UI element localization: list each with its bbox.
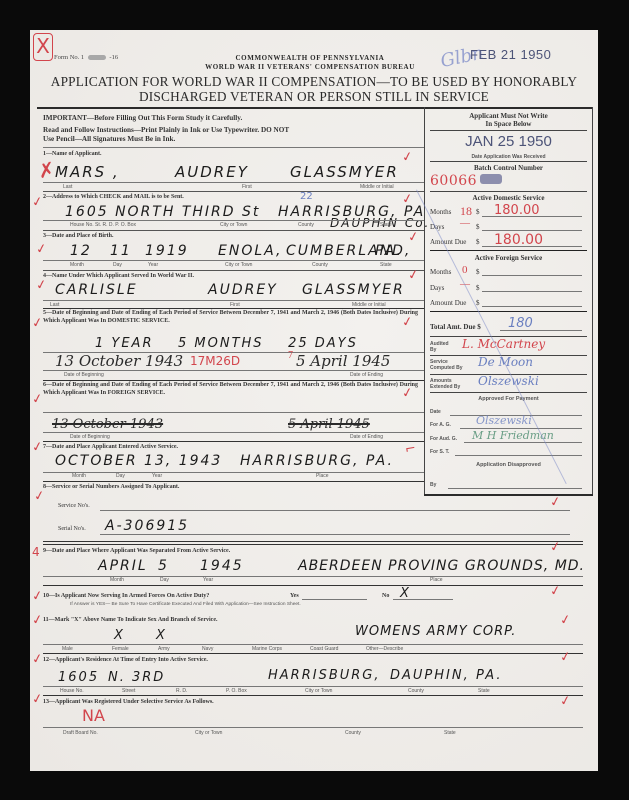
dollar-sign: $ <box>476 208 480 216</box>
checkmark-icon: ✓ <box>559 649 572 666</box>
foreign-months-value: 0 <box>462 264 468 276</box>
total-amount-value: 180 <box>508 316 533 331</box>
received-stamp: JAN 25 1950 <box>425 133 592 150</box>
field-line <box>482 275 582 276</box>
foreign-months-label: Months <box>430 268 451 276</box>
form-number: Form No. 1 -16 <box>54 54 118 61</box>
item-13-label: 13—Applicant Was Registered Under Select… <box>43 699 214 705</box>
checkmark-icon: ✓ <box>35 241 48 258</box>
sublabel-place: Place <box>430 577 443 583</box>
served-last-name: CARLISLE <box>55 282 138 298</box>
field-line <box>482 306 582 307</box>
residence-county: DAUPHIN, <box>390 668 470 683</box>
sublabel-year: Year <box>152 473 162 479</box>
other-branch-value: WOMENS ARMY CORP. <box>355 624 516 639</box>
audited-signature: L. McCartney <box>462 337 545 351</box>
applicant-first-name: AUDREY <box>175 163 249 181</box>
divider <box>43 191 424 192</box>
option-army[interactable]: Army <box>158 646 170 652</box>
sublabel-street: Street <box>122 688 135 694</box>
sublabel-year: Year <box>148 262 158 268</box>
checkmark-icon: ✓ <box>35 277 48 294</box>
separated-day: 5 <box>158 558 169 574</box>
divider <box>430 161 587 162</box>
item-3-label: 3—Date and Place of Birth. <box>43 233 114 239</box>
sublabel-state: State <box>380 262 392 268</box>
address-street: 1605 NORTH THIRD St <box>65 204 260 220</box>
option-female[interactable]: Female <box>112 646 129 652</box>
item-8-label: 8—Service or Serial Numbers Assigned To … <box>43 484 179 490</box>
dollar-sign: $ <box>476 284 480 292</box>
audited-by-label: Audited By <box>430 341 455 353</box>
computed-by-label: Service Computed By <box>430 359 465 371</box>
end-date-correction: 7 <box>288 350 293 361</box>
checkmark-icon: ✓ <box>559 693 572 710</box>
sublabel-city: City or Town <box>195 730 222 736</box>
sublabel-middle: Middle or Initial <box>360 184 394 190</box>
field-line <box>482 230 582 231</box>
separated-month: APRIL <box>98 558 148 574</box>
field-line <box>43 370 424 371</box>
field-line <box>43 412 424 413</box>
checkmark-icon: ✓ <box>401 385 414 402</box>
birth-state: PA. <box>375 243 403 259</box>
field-line <box>43 686 583 687</box>
total-amount-label: Total Amt. Due $ <box>430 323 481 331</box>
field-line <box>464 442 582 443</box>
corner-x-mark: X <box>33 33 53 61</box>
serial-number: A-306915 <box>105 518 189 534</box>
female-mark: X <box>114 628 125 643</box>
sublabel-county: County <box>298 222 314 228</box>
checkmark-icon: ✓ <box>549 494 562 511</box>
served-first-name: AUDREY <box>208 282 278 298</box>
checkmark-icon: ⌐ <box>404 441 417 458</box>
application-form: X Form No. 1 -16 COMMONWEALTH OF PENNSYL… <box>30 30 598 771</box>
domestic-months-label: Months <box>430 208 451 216</box>
service-no-label: Service No's. <box>58 503 90 509</box>
top-border <box>37 107 593 109</box>
checkmark-icon: ✓ <box>33 488 46 505</box>
sublabel-state: State <box>380 222 392 228</box>
entered-place: HARRISBURG, PA. <box>240 453 394 469</box>
office-use-header: Applicant Must Not Write In Space Below <box>425 112 592 128</box>
applicant-last-name: MARS , <box>55 163 120 181</box>
office-header-line-2: In Space Below <box>425 120 592 128</box>
birth-day: 11 <box>110 243 132 259</box>
residence-state: PA. <box>476 668 502 683</box>
divider <box>43 481 424 482</box>
sublabel-county: County <box>345 730 361 736</box>
approved-label: Approved For Payment <box>425 396 592 402</box>
domestic-days-value: — <box>460 218 470 229</box>
ag-signature: Olszewski <box>476 414 532 427</box>
foreign-days-label: Days <box>430 284 444 292</box>
dollar-sign: $ <box>476 223 480 231</box>
divider <box>43 308 424 309</box>
instructions-line-1: IMPORTANT—Before Filling Out This Form S… <box>43 114 242 122</box>
sublabel-day: Day <box>160 577 169 583</box>
no-line <box>393 599 453 600</box>
dollar-sign: $ <box>476 238 480 246</box>
sublabel-day: Day <box>116 473 125 479</box>
foreign-begin-struck: 13 October 1943 <box>52 417 163 432</box>
field-line <box>43 432 424 433</box>
serial-no-label: Serial No's. <box>58 526 86 532</box>
field-line <box>500 330 582 331</box>
birth-city: ENOLA, <box>218 243 282 259</box>
field-line <box>43 576 583 577</box>
sublabel-begin: Date of Beginning <box>64 372 104 378</box>
domestic-red-note: 17M26D <box>190 354 240 368</box>
panel-right-border <box>592 107 593 495</box>
option-other[interactable]: Other—Describe <box>366 646 403 652</box>
sublabel-end: Date of Ending <box>350 434 383 440</box>
residence-house-no: 1605 <box>58 670 99 685</box>
disapproved-by-label: By <box>430 482 436 488</box>
ink-smudge <box>480 174 502 184</box>
dollar-sign: $ <box>476 268 480 276</box>
divider <box>43 544 583 545</box>
yes-line <box>302 599 367 600</box>
batch-number: 60066 <box>430 173 477 189</box>
active-duty-no-label: No <box>382 593 389 599</box>
sublabel-first: First <box>242 184 252 190</box>
sublabel-state: State <box>478 688 490 694</box>
divider <box>43 653 583 654</box>
divider <box>430 311 587 312</box>
divider <box>43 230 424 231</box>
org-line-2: WORLD WAR II VETERANS' COMPENSATION BURE… <box>160 63 460 71</box>
separated-place: ABERDEEN PROVING GROUNDS, MD. <box>298 558 585 574</box>
field-line <box>482 291 582 292</box>
divider <box>43 441 424 442</box>
field-line <box>43 182 424 183</box>
domestic-duration: 1 YEAR 5 MONTHS 25 DAYS <box>95 336 358 351</box>
for-st-label: For S. T. <box>430 449 449 455</box>
army-mark: X <box>156 628 167 643</box>
instructions-line-3: Use Pencil—All Signatures Must Be in Ink… <box>43 135 175 143</box>
checkmark-icon: ✓ <box>407 267 420 284</box>
sublabel-county: County <box>312 262 328 268</box>
field-line <box>43 727 583 728</box>
item-7-label: 7—Date and Place Applicant Entered Activ… <box>43 444 178 450</box>
received-date-stamp: FEB 21 1950 <box>470 47 551 62</box>
form-title-line-1: APPLICATION FOR WORLD WAR II COMPENSATIO… <box>30 74 598 89</box>
domestic-months-value: 18 <box>460 204 472 219</box>
sublabel-city: City or Town <box>220 222 247 228</box>
checkmark-icon: ✓ <box>31 315 44 332</box>
service-no-line <box>100 510 570 511</box>
sublabel-month: Month <box>70 262 84 268</box>
sublabel-state: State <box>444 730 456 736</box>
divider <box>43 541 583 542</box>
serial-no-line <box>100 534 570 535</box>
item-4-label: 4—Name Under Which Applicant Served In W… <box>43 273 194 279</box>
foreign-amount-label: Amount Due <box>430 299 466 307</box>
divider <box>43 585 583 586</box>
instructions-line-2: Read and Follow Instructions—Print Plain… <box>43 126 289 134</box>
batch-label: Batch Control Number <box>425 164 592 172</box>
birth-month: 12 <box>70 243 92 259</box>
item-11-label: 11—Mark "X" Above Name To Indicate Sex A… <box>43 617 218 623</box>
form-number-label: Form No. 1 <box>54 54 84 61</box>
option-marine-corps[interactable]: Marine Corps <box>252 646 282 652</box>
checkmark-icon: ✓ <box>559 612 572 629</box>
option-coast-guard[interactable]: Coast Guard <box>310 646 338 652</box>
checkmark-icon: ✓ <box>31 194 44 211</box>
residence-city: HARRISBURG, <box>268 668 381 683</box>
form-suffix: -16 <box>109 54 118 61</box>
divider <box>43 147 424 148</box>
checkmark-icon: ✓ <box>549 583 562 600</box>
sublabel-draft-board: Draft Board No. <box>63 730 98 736</box>
address-annotation: 22 <box>300 191 313 202</box>
sublabel-street: House No. St. R. D. P. O. Box <box>70 222 136 228</box>
form-title-line-2: DISCHARGED VETERAN OR PERSON STILL IN SE… <box>30 89 598 104</box>
sublabel-last: Last <box>63 184 72 190</box>
domestic-end-date: 5 April 1945 <box>296 352 390 370</box>
sublabel-place: Place <box>316 473 329 479</box>
domestic-service-title: Active Domestic Service <box>425 194 592 202</box>
extended-signature: Olszewski <box>478 374 539 388</box>
org-line-1: COMMONWEALTH OF PENNSYLVANIA <box>160 54 460 62</box>
birth-year: 1919 <box>145 243 189 259</box>
field-line <box>455 455 582 456</box>
red-x-mark: ✗ <box>36 157 57 184</box>
item-2-label: 2—Address to Which CHECK and MAIL is to … <box>43 194 184 200</box>
sublabel-end: Date of Ending <box>350 372 383 378</box>
applicant-middle-name: GLASSMYER <box>290 163 399 181</box>
panel-bottom-border <box>424 494 593 496</box>
checkmark-icon: ✓ <box>549 539 562 556</box>
entered-date: OCTOBER 13, 1943 <box>55 453 222 469</box>
for-aud-label: For Aud. G. <box>430 436 457 442</box>
item-6-label: 6—Date of Beginning and Date of Ending o… <box>43 382 418 397</box>
for-ag-label: For A. G. <box>430 422 451 428</box>
item-9-label: 9—Date and Place Where Applicant Was Sep… <box>43 548 230 554</box>
sublabel-begin: Date of Beginning <box>70 434 110 440</box>
sublabel-po-box: P. O. Box <box>226 688 247 694</box>
received-label: Date Application Was Received <box>425 154 592 160</box>
field-line <box>43 644 583 645</box>
sublabel-month: Month <box>110 577 124 583</box>
sublabel-year: Year <box>203 577 213 583</box>
union-label-icon <box>88 55 106 60</box>
divider <box>430 130 587 131</box>
divider <box>430 250 587 251</box>
selective-service-value: NA <box>82 706 105 725</box>
sublabel-county: County <box>408 688 424 694</box>
divider <box>43 270 424 271</box>
field-line <box>43 260 424 261</box>
field-line <box>43 472 424 473</box>
office-header-line-1: Applicant Must Not Write <box>425 112 592 120</box>
item-12-label: 12—Applicant's Residence At Time of Entr… <box>43 657 208 663</box>
active-duty-yes-label: Yes <box>290 593 299 599</box>
divider <box>430 392 587 393</box>
sublabel-house-no: House No. <box>60 688 84 694</box>
red-annotation: 4 <box>32 545 40 559</box>
sublabel-day: Day <box>113 262 122 268</box>
sublabel-rd: R. D. <box>176 688 187 694</box>
sublabel-city: City or Town <box>305 688 332 694</box>
field-line <box>482 216 582 217</box>
foreign-end-struck: 5 April 1945 <box>288 417 370 432</box>
extended-by-label: Amounts Extended By <box>430 378 465 390</box>
divider <box>430 191 587 192</box>
domestic-amount-label: Amount Due <box>430 238 466 246</box>
active-duty-note: If Answer is YES— Be Sure To Have Certif… <box>70 602 301 607</box>
field-line <box>448 488 582 489</box>
option-male[interactable]: Male <box>62 646 73 652</box>
served-middle-name: GLASSMYER <box>302 282 405 298</box>
checkmark-icon: ✓ <box>401 149 414 166</box>
residence-street: N. 3RD <box>108 670 165 685</box>
item-5-label: 5—Date of Beginning and Date of Ending o… <box>43 310 418 325</box>
divider <box>43 695 583 696</box>
domestic-begin-date: 13 October 1943 <box>55 352 183 370</box>
sublabel-city: City or Town <box>225 262 252 268</box>
field-line <box>43 220 424 221</box>
item-10-label: 10—Is Applicant Now Serving In Armed For… <box>43 593 209 599</box>
sublabel-month: Month <box>72 473 86 479</box>
field-line <box>43 300 424 301</box>
checkmark-icon: ✓ <box>31 391 44 408</box>
separated-year: 1945 <box>200 558 244 574</box>
divider <box>43 380 424 381</box>
disapproved-label: Application Disapproved <box>425 462 592 468</box>
checkmark-icon: ✓ <box>401 314 414 331</box>
approval-date-label: Date <box>430 409 441 415</box>
field-line <box>482 246 582 247</box>
option-navy[interactable]: Navy <box>202 646 213 652</box>
checkmark-icon: ✓ <box>31 439 44 456</box>
